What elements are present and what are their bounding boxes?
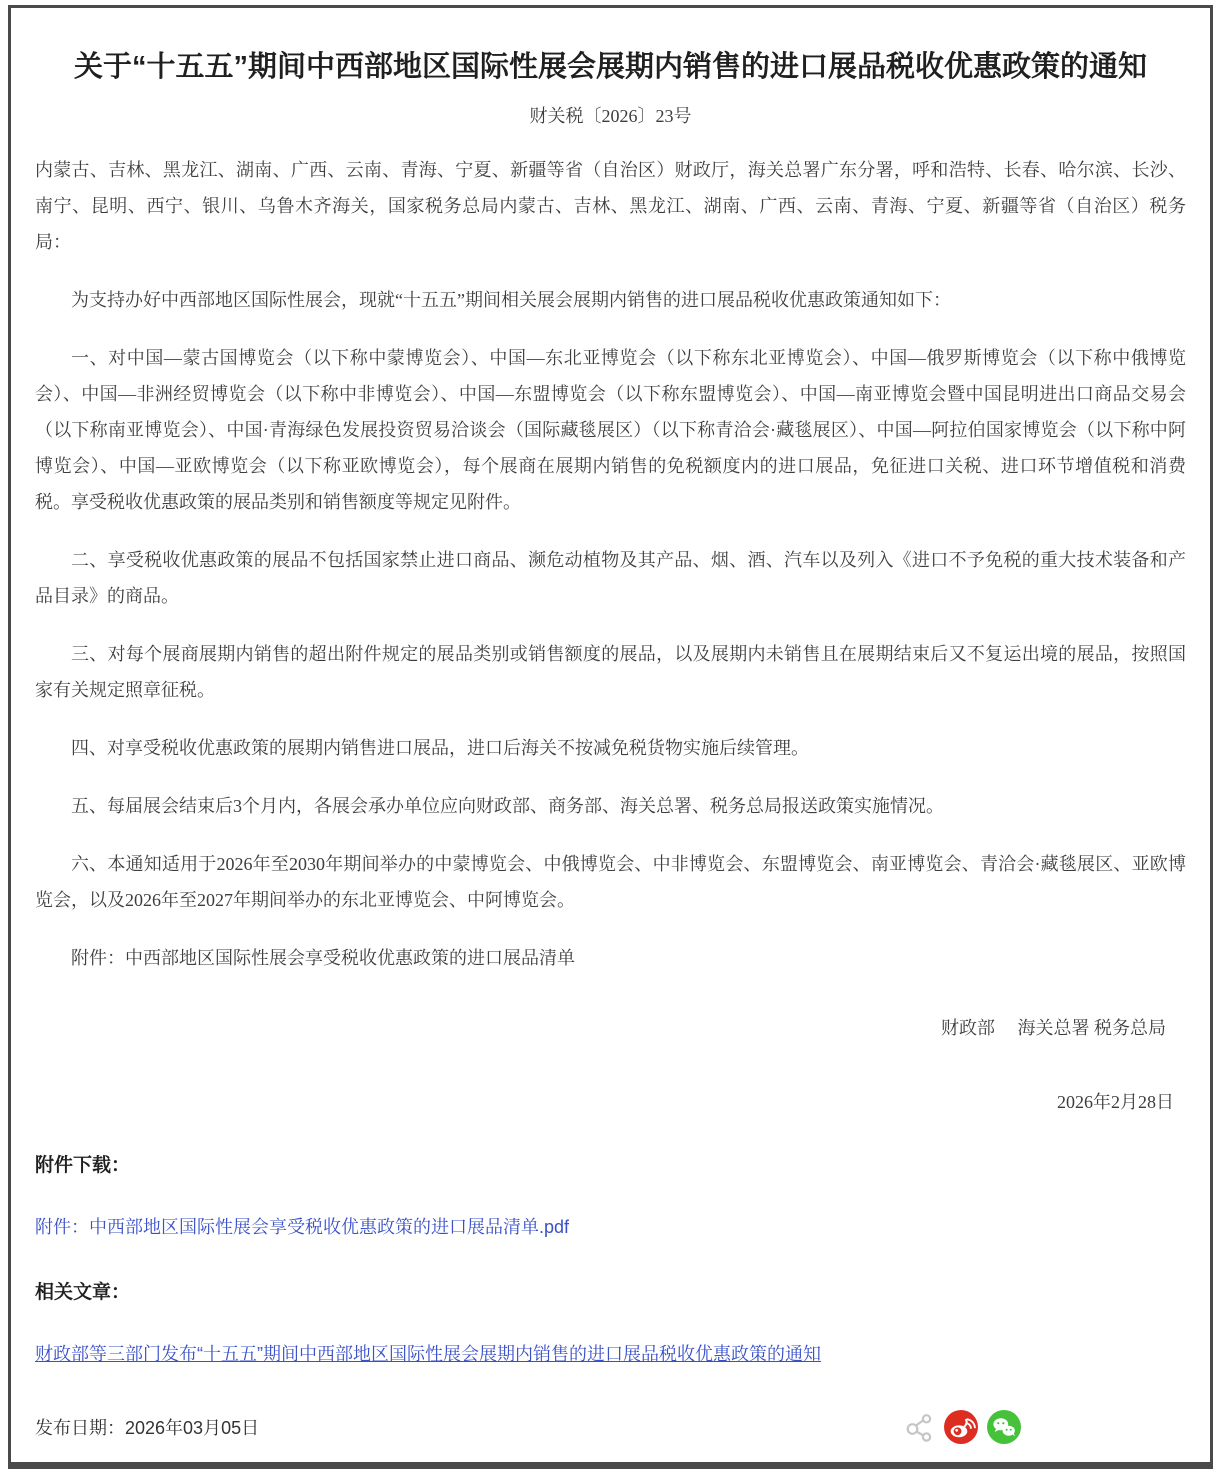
related-articles-label: 相关文章：	[35, 1277, 1186, 1304]
addressees-paragraph: 内蒙古、吉林、黑龙江、湖南、广西、云南、青海、宁夏、新疆等省（自治区）财政厅，海…	[35, 152, 1186, 260]
item-1-paragraph: 一、对中国—蒙古国博览会（以下称中蒙博览会）、中国—东北亚博览会（以下称东北亚博…	[35, 340, 1186, 520]
page-title: 关于“十五五”期间中西部地区国际性展会展期内销售的进口展品税收优惠政策的通知	[35, 46, 1186, 88]
share-icons-group	[904, 1410, 1186, 1444]
attachment-pdf-link[interactable]: 附件：中西部地区国际性展会享受税收优惠政策的进口展品清单.pdf	[35, 1215, 569, 1239]
item-5-paragraph: 五、每届展会结束后3个月内，各展会承办单位应向财政部、商务部、海关总署、税务总局…	[35, 788, 1186, 824]
doc-number: 财关税〔2026〕23号	[35, 104, 1186, 128]
item-6-paragraph: 六、本通知适用于2026年至2030年期间举办的中蒙博览会、中俄博览会、中非博览…	[35, 846, 1186, 918]
intro-paragraph: 为支持办好中西部地区国际性展会，现就“十五五”期间相关展会展期内销售的进口展品税…	[35, 282, 1186, 318]
article-body: 内蒙古、吉林、黑龙江、湖南、广西、云南、青海、宁夏、新疆等省（自治区）财政厅，海…	[35, 152, 1186, 1120]
item-2-paragraph: 二、享受税收优惠政策的展品不包括国家禁止进口商品、濒危动植物及其产品、烟、酒、汽…	[35, 542, 1186, 614]
notice-page: 关于“十五五”期间中西部地区国际性展会展期内销售的进口展品税收优惠政策的通知 财…	[8, 5, 1213, 1469]
publish-row: 发布日期：2026年03月05日	[35, 1410, 1186, 1452]
related-article-link[interactable]: 财政部等三部门发布“十五五”期间中西部地区国际性展会展期内销售的进口展品税收优惠…	[35, 1342, 821, 1366]
share-icon[interactable]	[904, 1412, 935, 1443]
publish-date-label: 发布日期：	[35, 1418, 125, 1438]
weibo-icon[interactable]	[944, 1410, 978, 1444]
publish-date: 发布日期：2026年03月05日	[35, 1414, 259, 1440]
publish-date-value: 2026年03月05日	[125, 1418, 259, 1438]
attachment-download-label: 附件下载：	[35, 1150, 1186, 1177]
issuers-signature: 财政部 海关总署 税务总局	[35, 1010, 1186, 1046]
wechat-icon[interactable]	[987, 1410, 1021, 1444]
attachment-note: 附件：中西部地区国际性展会享受税收优惠政策的进口展品清单	[35, 940, 1186, 976]
item-3-paragraph: 三、对每个展商展期内销售的超出附件规定的展品类别或销售额度的展品，以及展期内未销…	[35, 636, 1186, 708]
item-4-paragraph: 四、对享受税收优惠政策的展期内销售进口展品，进口后海关不按减免税货物实施后续管理…	[35, 730, 1186, 766]
page-footer: 附件下载： 附件：中西部地区国际性展会享受税收优惠政策的进口展品清单.pdf 相…	[35, 1150, 1186, 1452]
issue-date: 2026年2月28日	[35, 1084, 1186, 1120]
